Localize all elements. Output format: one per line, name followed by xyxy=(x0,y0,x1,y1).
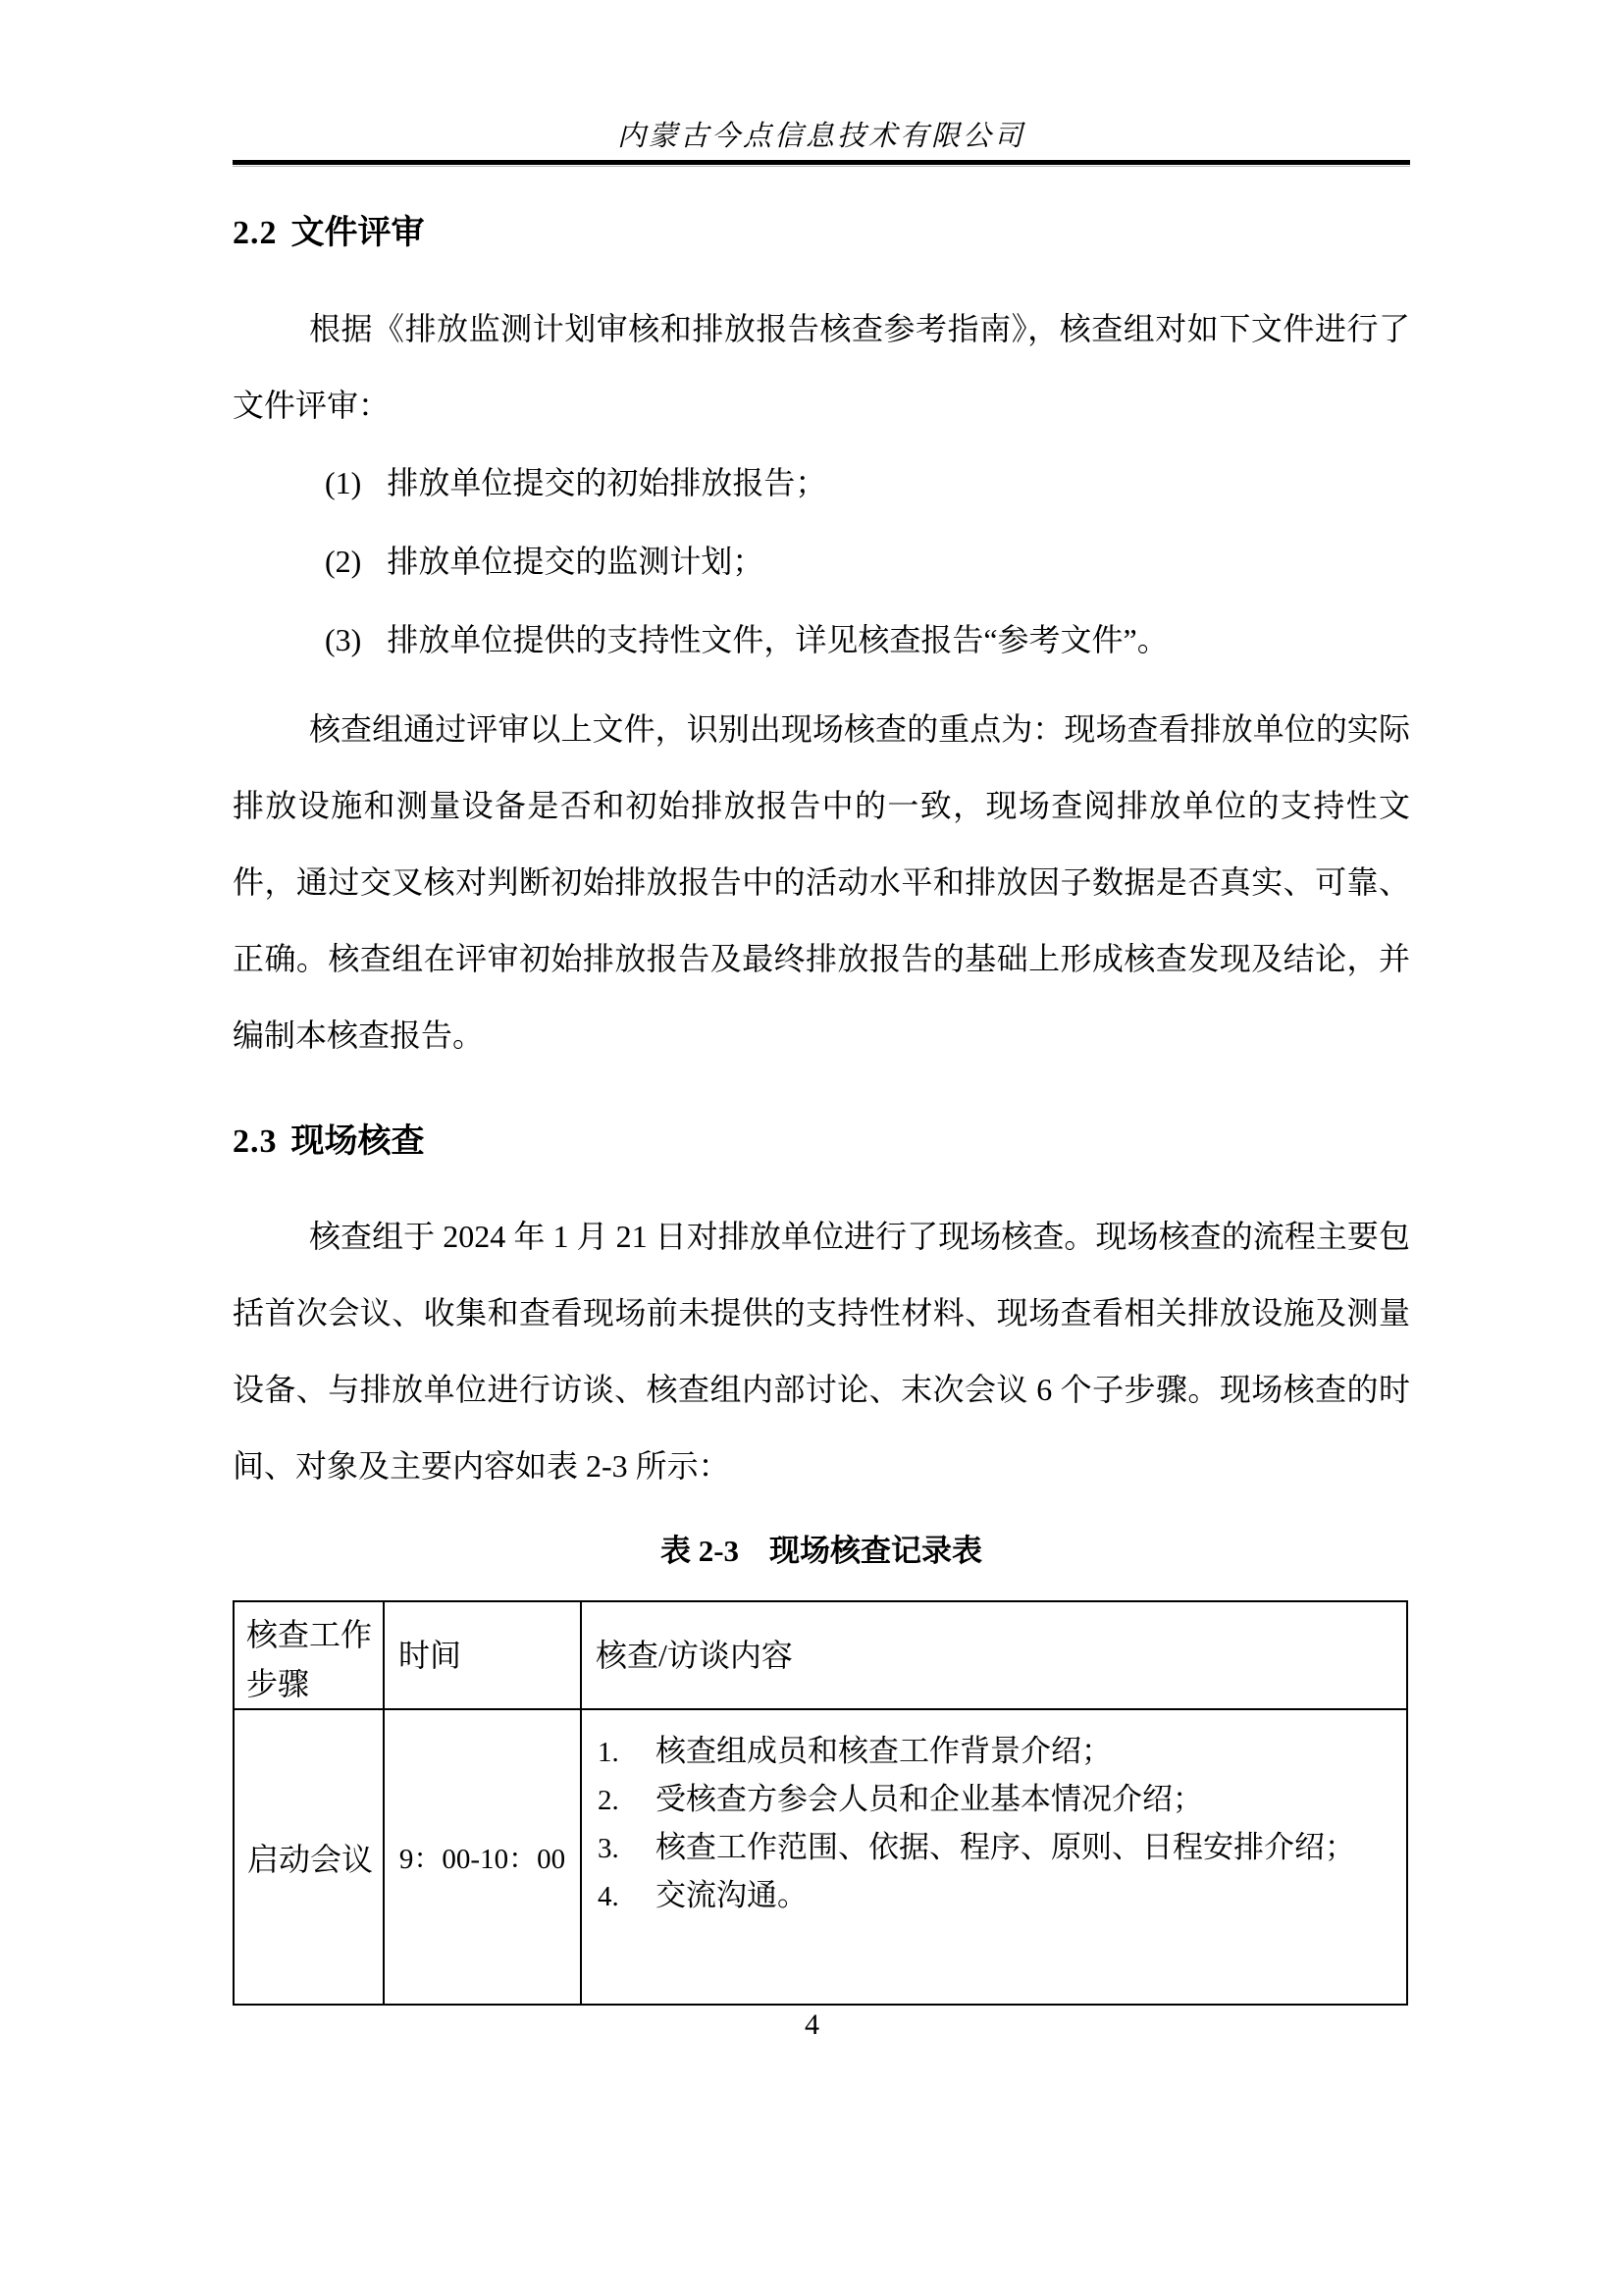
list-item-text: 排放单位提供的支持性文件，详见核查报告“参考文件”。 xyxy=(387,622,1168,657)
section-title: 现场核查 xyxy=(291,1123,425,1160)
page-number: 4 xyxy=(0,2006,1624,2045)
header-rule-shadow xyxy=(233,166,1410,167)
content-item-text: 交流沟通。 xyxy=(655,1872,1392,1918)
table-row-kickoff-meeting: 启动会议 9：00-10：00 1. 核查组成员和核查工作背景介绍； 2. 受核… xyxy=(234,1709,1407,2005)
list-item: (3)排放单位提供的支持性文件，详见核查报告“参考文件”。 xyxy=(233,600,1410,679)
column-header-step: 核查工作步骤 xyxy=(234,1601,384,1709)
content-item-text: 核查组成员和核查工作背景介绍； xyxy=(655,1728,1392,1774)
section-number: 2.3 xyxy=(233,1123,278,1160)
company-name: 内蒙古今点信息技术有限公司 xyxy=(617,118,1025,155)
list-item: (1)排放单位提交的初始排放报告； xyxy=(233,443,1410,522)
onsite-verification-record-table: 核查工作步骤 时间 核查/访谈内容 启动会议 9：00-10：00 1. 核查组… xyxy=(233,1600,1408,2006)
list-item-marker: (3) xyxy=(325,622,361,657)
section-heading-2-3: 2.3现场核查 xyxy=(233,1118,1410,1167)
paragraph-document-review-intro: 根据《排放监测计划审核和排放报告核查参考指南》，核查组对如下文件进行了文件评审： xyxy=(233,290,1410,443)
running-header: 内蒙古今点信息技术有限公司 xyxy=(233,0,1410,155)
cell-content: 1. 核查组成员和核查工作背景介绍； 2. 受核查方参会人员和企业基本情况介绍；… xyxy=(581,1709,1407,2005)
reviewed-documents-list: (1)排放单位提交的初始排放报告； (2)排放单位提交的监测计划； (3)排放单… xyxy=(233,443,1410,679)
section-title: 文件评审 xyxy=(291,215,425,251)
content-item: 3. 核查工作范围、依据、程序、原则、日程安排介绍； xyxy=(598,1824,1392,1872)
list-item-text: 排放单位提交的初始排放报告； xyxy=(387,465,826,500)
column-header-time: 时间 xyxy=(384,1601,581,1709)
content-item-number: 4. xyxy=(598,1874,655,1920)
cell-step: 启动会议 xyxy=(234,1709,384,2005)
content-item: 2. 受核查方参会人员和企业基本情况介绍； xyxy=(598,1776,1392,1824)
table-caption: 表 2-3 现场核查记录表 xyxy=(233,1530,1410,1573)
content-item-number: 2. xyxy=(598,1778,655,1824)
list-item-marker: (1) xyxy=(325,465,361,500)
content-item-number: 1. xyxy=(598,1730,655,1776)
paragraph-review-findings: 核查组通过评审以上文件，识别出现场核查的重点为：现场查看排放单位的实际排放设施和… xyxy=(233,691,1410,1073)
section-heading-2-2: 2.2文件评审 xyxy=(233,209,1410,258)
list-item: (2)排放单位提交的监测计划； xyxy=(233,522,1410,600)
content-item-number: 3. xyxy=(598,1826,655,1872)
paragraph-onsite-verification: 核查组于 2024 年 1 月 21 日对排放单位进行了现场核查。现场核查的流程… xyxy=(233,1198,1410,1504)
content-item: 1. 核查组成员和核查工作背景介绍； xyxy=(598,1728,1392,1776)
section-number: 2.2 xyxy=(233,215,278,251)
table-header-row: 核查工作步骤 时间 核查/访谈内容 xyxy=(234,1601,1407,1709)
column-header-content: 核查/访谈内容 xyxy=(581,1601,1407,1709)
cell-time: 9：00-10：00 xyxy=(384,1709,581,2005)
content-item-text: 核查工作范围、依据、程序、原则、日程安排介绍； xyxy=(655,1824,1392,1870)
header-rule xyxy=(233,160,1410,165)
content-item-text: 受核查方参会人员和企业基本情况介绍； xyxy=(655,1776,1392,1822)
list-item-text: 排放单位提交的监测计划； xyxy=(387,544,763,579)
document-page: 内蒙古今点信息技术有限公司 2.2文件评审 根据《排放监测计划审核和排放报告核查… xyxy=(0,0,1624,2295)
list-item-marker: (2) xyxy=(325,544,361,579)
content-item: 4. 交流沟通。 xyxy=(598,1872,1392,1920)
